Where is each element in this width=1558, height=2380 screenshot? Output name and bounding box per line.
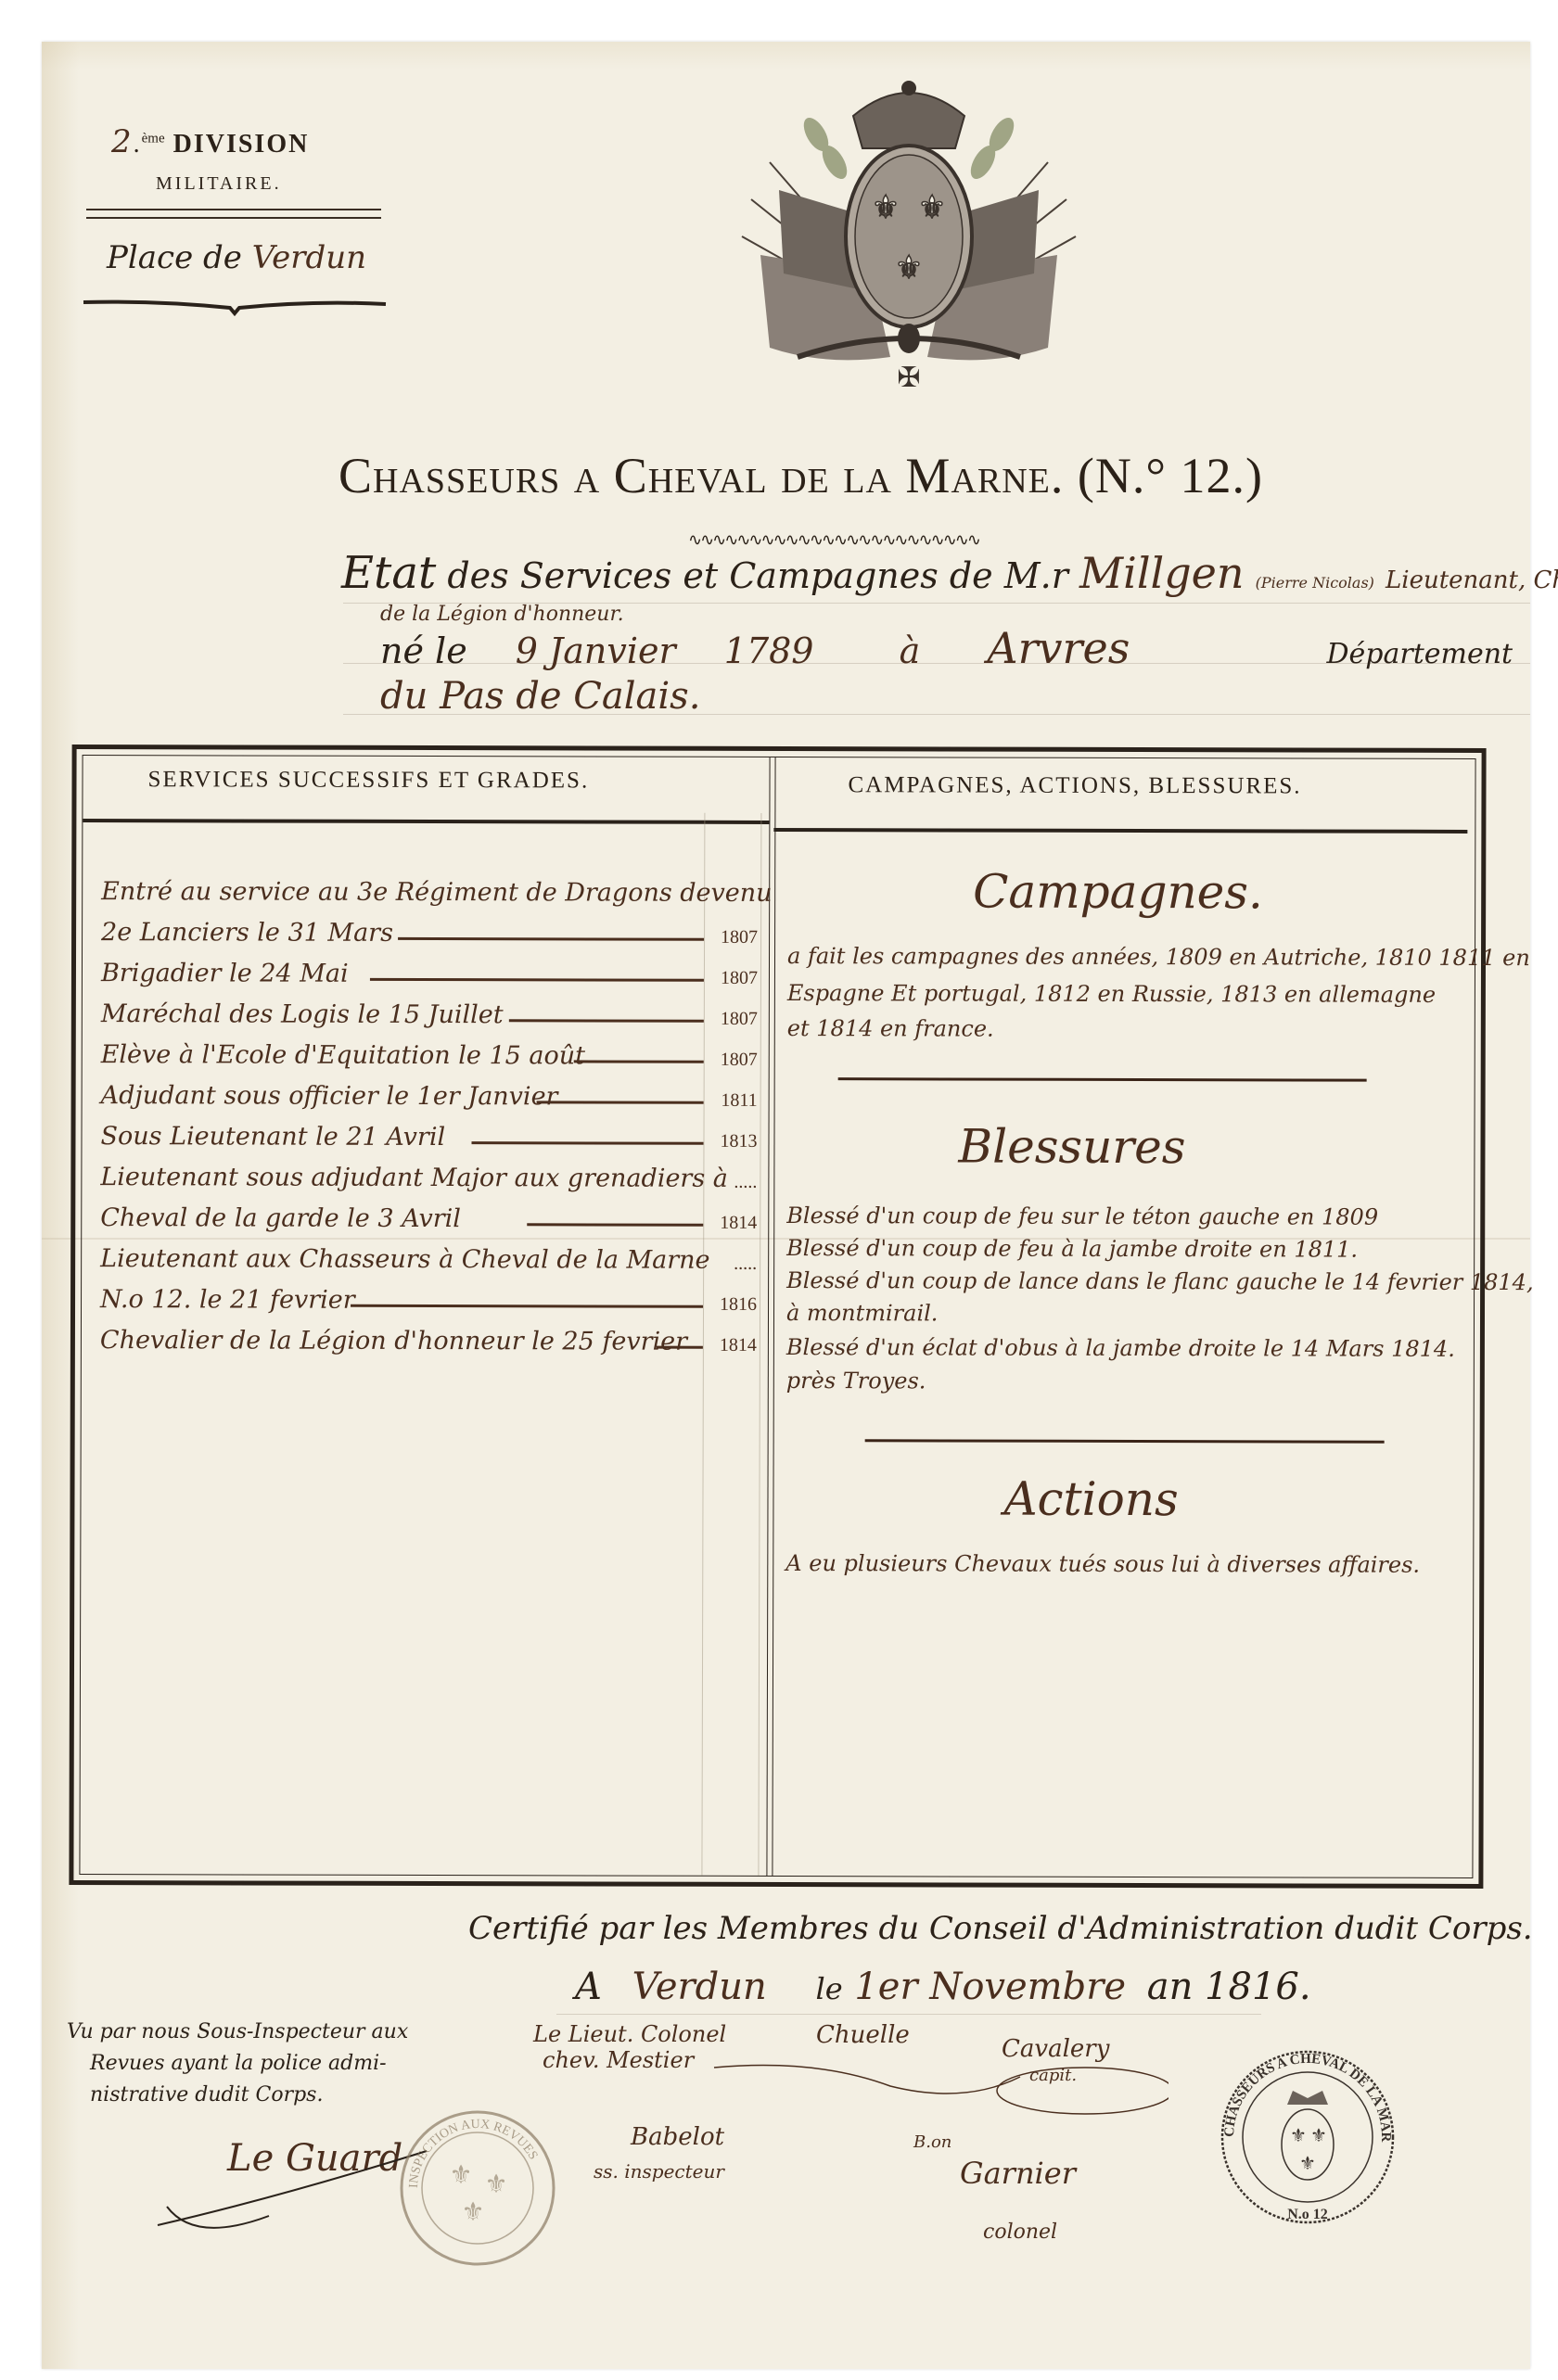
regiment-stamp: ⚜⚜⚜ CHASSEURS A CHEVAL DE LA MARNE N.o 1… bbox=[1215, 2044, 1400, 2234]
service-year: 1814 bbox=[720, 1335, 757, 1356]
svg-text:⚜: ⚜ bbox=[449, 2161, 472, 2190]
etat-line: Etat des Services et Campagnes de M.r Mi… bbox=[341, 547, 1558, 599]
service-row: Elève à l'Ecole d'Equitation le 15 août … bbox=[101, 1032, 758, 1075]
birth-year: 1789 bbox=[724, 630, 814, 671]
certification-statement: Certifié par les Membres du Conseil d'Ad… bbox=[468, 1910, 1533, 1947]
service-row: Adjudant sous officier le 1er Janvier 18… bbox=[101, 1073, 758, 1115]
service-row: Lieutenant sous adjudant Major aux grena… bbox=[100, 1154, 757, 1197]
service-year: 1807 bbox=[721, 927, 758, 948]
inspector-note: Vu par nous Sous-Inspecteur aux Revues a… bbox=[67, 2017, 408, 2111]
svg-text:⚜: ⚜ bbox=[872, 191, 900, 225]
svg-text:⚜: ⚜ bbox=[918, 191, 946, 225]
service-row: Lieutenant aux Chasseurs à Cheval de la … bbox=[100, 1236, 757, 1279]
service-row: N.o 12. le 21 fevrier 1816 bbox=[100, 1277, 757, 1319]
birth-place: Arvres bbox=[987, 623, 1130, 673]
place-label: Place de bbox=[107, 239, 242, 276]
leader-line bbox=[657, 1346, 703, 1349]
svg-text:✠: ✠ bbox=[897, 363, 920, 393]
inspector-note-line: Vu par nous Sous-Inspecteur aux bbox=[67, 2017, 408, 2048]
services-header: SERVICES SUCCESSIFS ET GRADES. bbox=[147, 767, 589, 794]
an-label: an bbox=[1147, 1966, 1194, 2008]
signature-chuelle: Chuelle bbox=[816, 2021, 910, 2049]
date-line: A Verdun le 1er Novembre an 1816. bbox=[575, 1966, 1311, 2008]
campagnes-line: Espagne Et portugal, 1812 en Russie, 181… bbox=[787, 980, 1436, 1008]
stamp-seal-icon: ⚜⚜⚜ INSPECTION AUX REVUES bbox=[394, 2105, 561, 2272]
service-text: Cheval de la garde le 3 Avril bbox=[100, 1203, 461, 1233]
service-row: Chevalier de la Légion d'honneur le 25 f… bbox=[100, 1317, 757, 1360]
svg-text:⚜: ⚜ bbox=[1299, 2154, 1316, 2174]
blessures-title: Blessures bbox=[958, 1120, 1185, 1175]
campagnes-line: et 1814 en france. bbox=[787, 1015, 994, 1042]
header-rule bbox=[773, 828, 1467, 834]
service-text: Elève à l'Ecole d'Equitation le 15 août bbox=[101, 1040, 585, 1070]
service-text: Maréchal des Logis le 15 Juillet bbox=[101, 999, 504, 1029]
inspection-stamp: ⚜⚜⚜ INSPECTION AUX REVUES bbox=[394, 2105, 561, 2276]
service-year: 1811 bbox=[721, 1090, 757, 1112]
service-row: Entré au service au 3e Régiment de Drago… bbox=[101, 869, 758, 911]
service-year: 1807 bbox=[721, 1050, 758, 1071]
svg-text:⚜: ⚜ bbox=[895, 251, 923, 286]
service-row: Cheval de la garde le 3 Avril 1814 bbox=[100, 1195, 757, 1238]
a-label: à bbox=[900, 630, 921, 671]
service-text: N.o 12. le 21 fevrier bbox=[100, 1285, 355, 1315]
inspector-note-line: nistrative dudit Corps. bbox=[67, 2080, 408, 2111]
services-table: SERVICES SUCCESSIFS ET GRADES. Entré au … bbox=[69, 745, 1486, 1889]
signature-flourish-icon bbox=[705, 2049, 1168, 2123]
svg-text:⚜: ⚜ bbox=[1310, 2126, 1327, 2146]
leader-line bbox=[527, 1223, 703, 1226]
signature-colonel-title: colonel bbox=[983, 2221, 1057, 2244]
swash-ornament-icon bbox=[82, 297, 388, 317]
svg-text:N.o 12: N.o 12 bbox=[1287, 2207, 1328, 2222]
blessures-line: Blessé d'un coup de lance dans le flanc … bbox=[786, 1267, 1534, 1295]
blessures-line: près Troyes. bbox=[786, 1368, 926, 1394]
date: 1er Novembre bbox=[854, 1966, 1126, 2008]
service-year: ..... bbox=[734, 1172, 757, 1193]
place-value: Verdun bbox=[252, 239, 366, 276]
surname: Millgen bbox=[1079, 548, 1245, 598]
signature-lt-colonel-title: Le Lieut. Colonel bbox=[533, 2021, 726, 2047]
section-separator bbox=[838, 1077, 1367, 1081]
ruled-line bbox=[556, 2014, 1261, 2015]
services-column: SERVICES SUCCESSIFS ET GRADES. Entré au … bbox=[80, 756, 769, 1876]
leader-line bbox=[537, 1101, 704, 1103]
campaigns-column: CAMPAGNES, ACTIONS, BLESSURES. Campagnes… bbox=[771, 757, 1475, 1877]
svg-text:⚜: ⚜ bbox=[1290, 2126, 1307, 2146]
signature-babelot: Babelot bbox=[631, 2123, 724, 2151]
leader-line bbox=[398, 937, 704, 941]
service-year: 1807 bbox=[721, 968, 758, 989]
service-year: 1813 bbox=[720, 1131, 757, 1152]
blessures-line: Blessé d'un coup de feu à la jambe droit… bbox=[786, 1235, 1358, 1263]
service-row: Maréchal des Logis le 15 Juillet 1807 bbox=[101, 991, 758, 1034]
year: 1816. bbox=[1205, 1966, 1311, 2008]
svg-text:⚜: ⚜ bbox=[461, 2198, 484, 2227]
services-label: des Services et Campagnes de bbox=[447, 555, 992, 596]
blessures-line: à montmirail. bbox=[786, 1300, 939, 1326]
departement-label: Département bbox=[1326, 638, 1513, 670]
signature-lt-colonel-name: chev. Mestier bbox=[543, 2047, 694, 2073]
campagnes-title: Campagnes. bbox=[973, 865, 1263, 920]
leader-line bbox=[351, 1305, 703, 1308]
service-text: Lieutenant sous adjudant Major aux grena… bbox=[100, 1163, 728, 1193]
service-text: Adjudant sous officier le 1er Janvier bbox=[101, 1081, 558, 1111]
service-text: Entré au service au 3e Régiment de Drago… bbox=[101, 877, 772, 908]
service-year: 1807 bbox=[721, 1009, 758, 1030]
table-inner-border: SERVICES SUCCESSIFS ET GRADES. Entré au … bbox=[79, 755, 1475, 1878]
actions-title: Actions bbox=[1003, 1472, 1178, 1526]
service-row: Sous Lieutenant le 21 Avril 1813 bbox=[100, 1114, 757, 1156]
service-row: 2e Lanciers le 31 Mars 1807 bbox=[101, 910, 758, 952]
mr-label: M.r bbox=[1004, 555, 1068, 596]
birth-line: né le 9 Janvier 1789 à Arvres Départemen… bbox=[380, 623, 1513, 673]
leader-line bbox=[509, 1019, 704, 1023]
ne-le-label: né le bbox=[380, 630, 467, 671]
section-separator bbox=[865, 1439, 1385, 1443]
signature-babelot-title: ss. inspecteur bbox=[594, 2160, 724, 2183]
service-year: ..... bbox=[734, 1254, 757, 1275]
le-label: le bbox=[815, 1971, 842, 2006]
coat-of-arms-icon: ⚜⚜⚜ ✠ bbox=[714, 79, 1104, 422]
departement-value: du Pas de Calais. bbox=[380, 675, 700, 718]
signature-baron: B.on bbox=[913, 2132, 951, 2152]
svg-text:⚜: ⚜ bbox=[484, 2170, 507, 2199]
signature-garnier: Garnier bbox=[960, 2156, 1076, 2191]
leader-line bbox=[574, 1060, 704, 1063]
service-text: Brigadier le 24 Mai bbox=[101, 959, 349, 988]
service-text: Lieutenant aux Chasseurs à Cheval de la … bbox=[100, 1244, 709, 1275]
given-names: (Pierre Nicolas) bbox=[1256, 574, 1374, 592]
birth-date: 9 Janvier bbox=[516, 630, 676, 671]
regiment-title: Chasseurs a Cheval de la Marne. (N.° 12.… bbox=[338, 447, 1263, 504]
division-heading: 2.ème DIVISION bbox=[111, 123, 309, 160]
etat-label: Etat bbox=[341, 547, 436, 599]
double-rule bbox=[86, 209, 381, 219]
service-row: Brigadier le 24 Mai 1807 bbox=[101, 950, 758, 993]
militaire-label: MILITAIRE. bbox=[156, 173, 282, 195]
service-year: 1814 bbox=[720, 1213, 757, 1234]
a-label: A bbox=[575, 1966, 602, 2008]
leader-line bbox=[370, 978, 704, 982]
blessures-line: Blessé d'un éclat d'obus à la jambe droi… bbox=[786, 1334, 1455, 1362]
division-number: 2 bbox=[111, 123, 134, 160]
blessures-line: Blessé d'un coup de feu sur le téton gau… bbox=[786, 1203, 1378, 1230]
regiment-number: (N.° 12.) bbox=[1078, 448, 1263, 503]
division-label: DIVISION bbox=[173, 130, 310, 159]
campagnes-line: a fait les campagnes des années, 1809 en… bbox=[787, 943, 1530, 971]
service-text: Chevalier de la Légion d'honneur le 25 f… bbox=[100, 1326, 687, 1356]
regiment-name: Chasseurs a Cheval de la Marne. bbox=[338, 448, 1064, 503]
header-rule bbox=[83, 819, 769, 824]
service-text: Sous Lieutenant le 21 Avril bbox=[100, 1122, 445, 1152]
rank: Lieutenant, Chevalier bbox=[1386, 566, 1558, 594]
service-text: 2e Lanciers le 31 Mars bbox=[101, 918, 393, 948]
inspector-note-line: Revues ayant la police admi- bbox=[67, 2048, 408, 2080]
campaigns-header: CAMPAGNES, ACTIONS, BLESSURES. bbox=[848, 772, 1301, 799]
stamp-seal-icon: ⚜⚜⚜ CHASSEURS A CHEVAL DE LA MARNE N.o 1… bbox=[1215, 2044, 1400, 2230]
actions-line: A eu plusieurs Chevaux tués sous lui à d… bbox=[785, 1550, 1420, 1578]
division-suffix: ème bbox=[142, 132, 165, 146]
city: Verdun bbox=[632, 1966, 767, 2008]
leader-line bbox=[471, 1141, 703, 1145]
service-year: 1816 bbox=[720, 1294, 757, 1316]
place-line: Place de Verdun bbox=[107, 239, 366, 276]
